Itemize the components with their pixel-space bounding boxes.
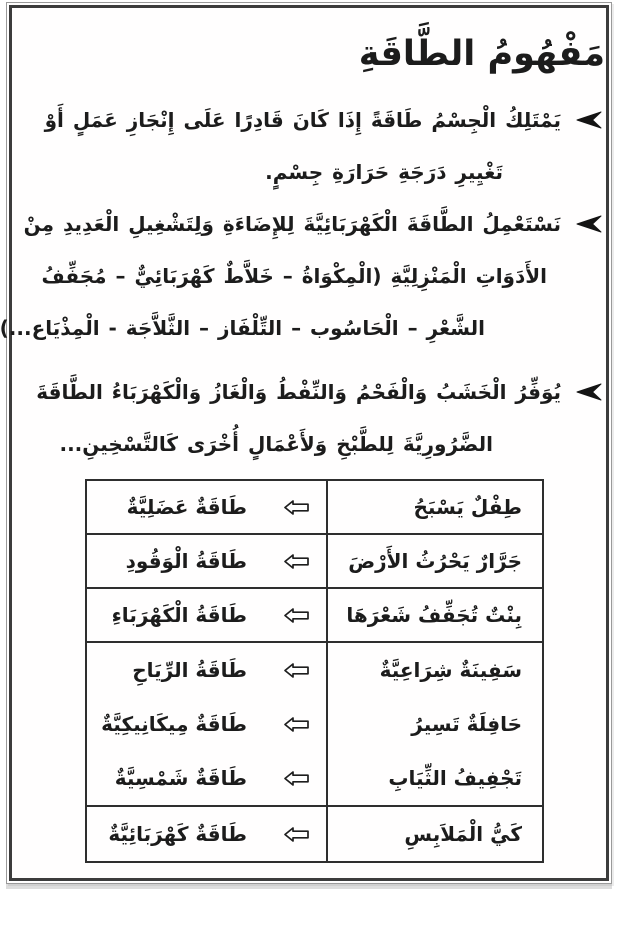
table-row: جَرَّارٌ يَحْرُثُ الأَرْضَ طَاقَةُ الْوَ… — [87, 535, 542, 589]
activity-cell: كَيُّ الْمَلاَبِسِ — [326, 807, 542, 861]
energy-cell: طَاقَةُ الْوَقُودِ — [87, 535, 326, 587]
energy-label: طَاقَةُ الْوَقُودِ — [126, 549, 247, 573]
table-row: كَيُّ الْمَلاَبِسِ طَاقَةٌ كَهْرَبَائِيَ… — [87, 807, 542, 861]
activity-cell: تَجْفِيفُ الثِّيَابِ — [326, 751, 542, 805]
table-row-group: سَفِينَةٌ شِرَاعِيَّةٌ طَاقَةُ الرِّيَاح… — [87, 643, 542, 807]
table-row: سَفِينَةٌ شِرَاعِيَّةٌ طَاقَةُ الرِّيَاح… — [87, 643, 542, 697]
left-open-arrow-icon — [283, 607, 310, 624]
left-open-arrow-icon — [283, 770, 310, 787]
left-open-arrow-icon — [283, 716, 310, 733]
paragraph-line: الأَدَوَاتِ الْمَنْزِلِيَّةِ (الْمِكْوَا… — [30, 250, 603, 302]
activity-cell: بِنْتٌ تُجَفِّفُ شَعْرَهَا — [326, 589, 542, 641]
bullet-arrowhead-icon — [575, 382, 603, 402]
energy-cell: طَاقَةٌ شَمْسِيَّةٌ — [87, 751, 326, 805]
left-open-arrow-icon — [283, 499, 310, 516]
activity-cell: سَفِينَةٌ شِرَاعِيَّةٌ — [326, 643, 542, 697]
energy-label: طَاقَةٌ مِيكَانِيكِيَّةٌ — [101, 712, 247, 736]
energy-label: طَاقَةٌ عَضَلِيَّةٌ — [127, 495, 247, 519]
paragraph-line: الشَّعْرِ – الْحَاسُوب – التِّلْفَاز – ا… — [30, 302, 603, 354]
bullet-arrowhead-icon — [575, 110, 603, 130]
table-row: بِنْتٌ تُجَفِّفُ شَعْرَهَا طَاقَةُ الْكَ… — [87, 589, 542, 643]
energy-cell: طَاقَةٌ مِيكَانِيكِيَّةٌ — [87, 697, 326, 751]
bullet-paragraph-energy-definition: يَمْتَلِكُ الْجِسْمُ طَاقَةً إِذَا كَانَ… — [30, 94, 603, 198]
activity-cell: حَافِلَةٌ تَسِيرُ — [326, 697, 542, 751]
paragraph-line: يَمْتَلِكُ الْجِسْمُ طَاقَةً إِذَا كَانَ… — [45, 94, 561, 146]
bullet-arrowhead-icon — [575, 214, 603, 234]
energy-cell: طَاقَةٌ كَهْرَبَائِيَّةٌ — [87, 807, 326, 861]
table-row: حَافِلَةٌ تَسِيرُ طَاقَةٌ مِيكَانِيكِيَّ… — [87, 697, 542, 751]
energy-label: طَاقَةُ الرِّيَاحِ — [132, 658, 247, 682]
activity-cell: جَرَّارٌ يَحْرُثُ الأَرْضَ — [326, 535, 542, 587]
energy-cell: طَاقَةٌ عَضَلِيَّةٌ — [87, 481, 326, 533]
energy-matching-table: طِفْلٌ يَسْبَحُ طَاقَةٌ عَضَلِيَّةٌ جَرَ… — [85, 479, 544, 863]
energy-label: طَاقَةٌ شَمْسِيَّةٌ — [115, 766, 247, 790]
table-row: طِفْلٌ يَسْبَحُ طَاقَةٌ عَضَلِيَّةٌ — [87, 481, 542, 535]
activity-cell: طِفْلٌ يَسْبَحُ — [326, 481, 542, 533]
paragraph-line: يُوَفِّرُ الْخَشَبُ وَالْفَحْمُ وَالنِّف… — [36, 366, 561, 418]
left-open-arrow-icon — [283, 826, 310, 843]
paragraph-line: نَسْتَعْمِلُ الطَّاقَةَ الْكَهْرَبَائِيَ… — [24, 198, 561, 250]
paragraph-line: الضَّرُورِيَّةَ لِلطَّبْخِ وَلأَعْمَالٍ … — [30, 418, 603, 470]
paragraph-line: تَغْيِيرِ دَرَجَةِ حَرَارَةِ جِسْمٍ. — [30, 146, 603, 198]
page-title: مَفْهُومُ الطَّاقَةِ — [359, 34, 605, 74]
energy-cell: طَاقَةُ الْكَهْرَبَاءِ — [87, 589, 326, 641]
energy-label: طَاقَةُ الْكَهْرَبَاءِ — [112, 603, 247, 627]
worksheet-page: { "title": "مَفْهُومُ الطَّاقَةِ", "bull… — [0, 0, 639, 929]
left-open-arrow-icon — [283, 662, 310, 679]
energy-label: طَاقَةٌ كَهْرَبَائِيَّةٌ — [108, 822, 247, 846]
bullet-paragraph-electric-uses: نَسْتَعْمِلُ الطَّاقَةَ الْكَهْرَبَائِيَ… — [30, 198, 603, 354]
left-open-arrow-icon — [283, 553, 310, 570]
bullet-paragraph-fuel-sources: يُوَفِّرُ الْخَشَبُ وَالْفَحْمُ وَالنِّف… — [30, 366, 603, 470]
energy-cell: طَاقَةُ الرِّيَاحِ — [87, 643, 326, 697]
table-row: تَجْفِيفُ الثِّيَابِ طَاقَةٌ شَمْسِيَّةٌ — [87, 751, 542, 805]
